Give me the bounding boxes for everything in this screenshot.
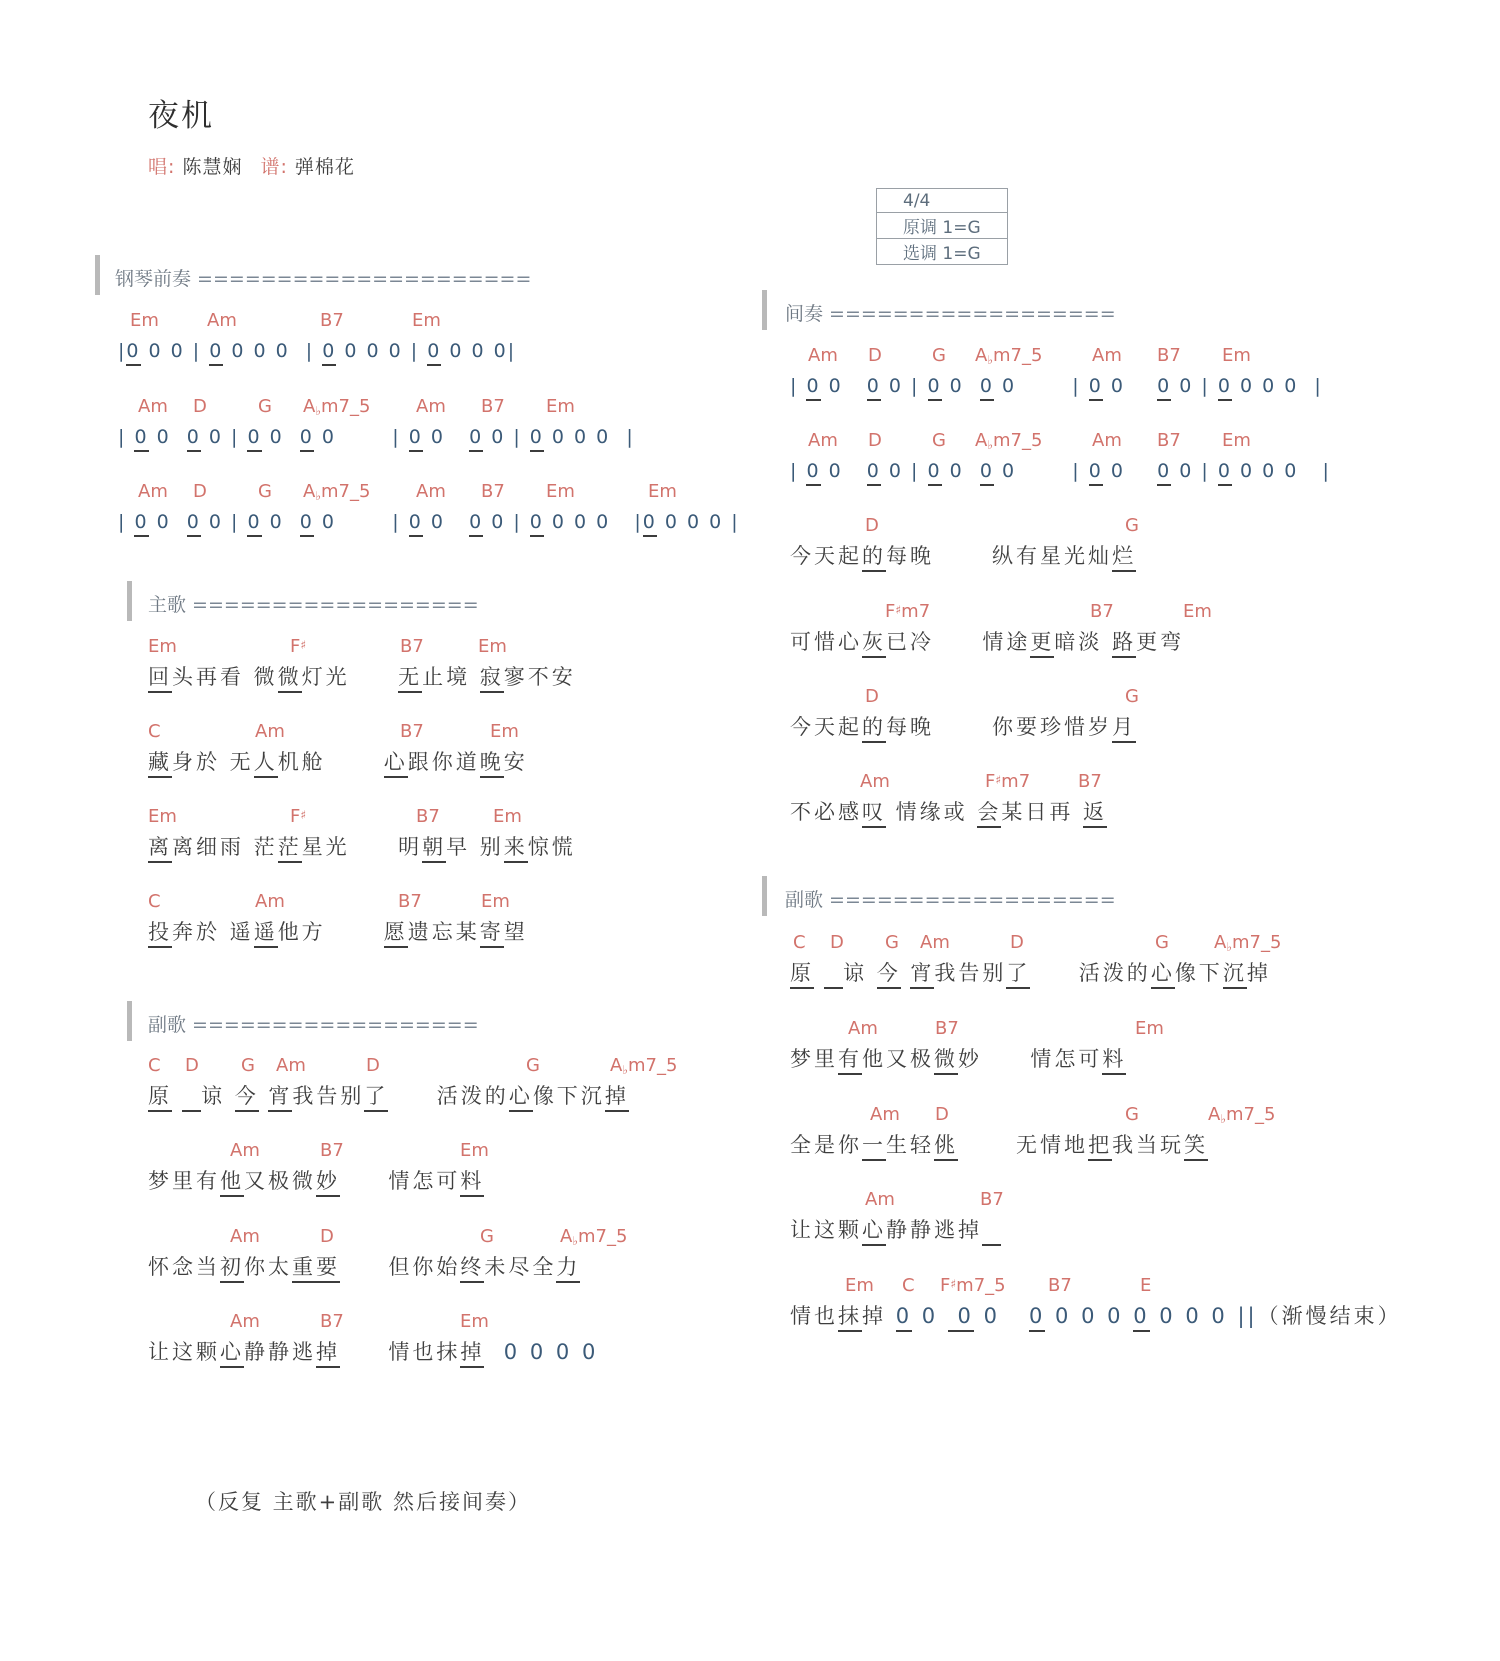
plain-text: 又极微 <box>244 1169 316 1193</box>
plain-text: 0 0 0 | <box>223 340 322 362</box>
rest-number: 0 <box>1159 1304 1175 1328</box>
lyric-line: 投奔於 遥遥他方 愿遗忘某寄望 <box>148 918 528 946</box>
chord-row: EmAmB7Em <box>118 310 516 337</box>
plain-text: 静静逃 <box>244 1340 316 1364</box>
underlined-syllable: 0 <box>1157 375 1171 401</box>
section-bar <box>762 876 767 916</box>
section-bar <box>127 1001 132 1041</box>
underlined-syllable: 了 <box>1006 961 1030 989</box>
chord-label: Am <box>920 932 950 953</box>
underlined-syllable: 终 <box>460 1255 484 1283</box>
plain-text: 他方 <box>278 920 384 944</box>
plain-text: 让这颗 <box>148 1340 220 1364</box>
lyric-line: 原 谅 今 宵我告别了 活泼的心像下沉掉 <box>148 1082 629 1110</box>
section-title: 副歌 <box>148 1014 186 1036</box>
plain-text <box>259 1084 269 1108</box>
chord-label: Em <box>845 1275 874 1296</box>
underlined-syllable: 叹 <box>862 800 886 828</box>
plain-text: 0 0 0 | <box>544 426 635 448</box>
chord-label: D <box>185 1055 199 1076</box>
music-line: AmB7Em梦里有他又极微妙 情怎可料 <box>148 1140 484 1195</box>
plain-text: 0 <box>942 460 980 482</box>
chord-label: D <box>193 481 207 502</box>
key-signature-table: 4/4 原调 1=G 选调 1=G <box>876 188 1008 265</box>
chord-row: CAmB7Em <box>148 891 528 918</box>
underlined-syllable: 寂 <box>480 665 504 693</box>
plain-text: 0 <box>423 426 469 448</box>
chord-label: Em <box>490 721 519 742</box>
plain-text: 0 <box>262 511 300 533</box>
chord-label: Em <box>148 636 177 657</box>
chord-label: Am <box>207 310 237 331</box>
plain-text: 0 0 | <box>141 340 210 362</box>
rest-number: 0 <box>1055 1304 1071 1328</box>
chord-label: Em <box>648 481 677 502</box>
underlined-syllable: 0 <box>300 511 314 537</box>
plain-text <box>172 1084 182 1108</box>
plain-text: 0 <box>1103 375 1157 397</box>
plain-text: 梦里 <box>790 1047 838 1071</box>
chord-label: Em <box>493 806 522 827</box>
section-divider: ===================== <box>191 268 531 290</box>
chord-label: Am <box>416 481 446 502</box>
chord-label: Am <box>138 396 168 417</box>
underlined-syllable: 他 <box>220 1169 244 1197</box>
lyric-line: 让这颗心静静逃掉 情也抹掉 0 0 0 0 <box>148 1338 598 1366</box>
flat-icon: ♭ <box>315 404 321 418</box>
chord-label: B7 <box>416 806 440 827</box>
chord-label: B7 <box>1157 430 1181 451</box>
chord-label: G <box>932 430 946 451</box>
notation-line: |0 0 0 | 0 0 0 0 | 0 0 0 0 | 0 0 0 0| <box>118 337 516 365</box>
music-line: AmB7Em梦里有他又极微妙 情怎可料 <box>790 1018 1126 1073</box>
plain-text: 活泼的 <box>388 1084 508 1108</box>
chord-label: Am <box>808 345 838 366</box>
rest-number: 0 <box>556 1340 572 1364</box>
notation-line: | 0 0 0 0 | 0 0 0 0 | 0 0 0 0 | 0 0 0 0 … <box>790 457 1331 485</box>
music-line: DG今天起的每晚 你要珍惜岁月 <box>790 686 1136 741</box>
chord-label: D <box>865 515 879 536</box>
lyric-line: 离离细雨 茫茫星光 明朝早 别来惊慌 <box>148 833 576 861</box>
plain-text: 我告别 <box>292 1084 364 1108</box>
underlined-syllable: 0 <box>1029 1304 1045 1332</box>
chord-label: F♯m7_5 <box>940 1275 1006 1296</box>
underlined-syllable: 0 <box>980 460 994 486</box>
underlined-syllable: 0 <box>187 426 201 452</box>
underlined-syllable: 无 <box>398 665 422 693</box>
chord-label: D <box>868 345 882 366</box>
flat-icon: ♭ <box>987 353 993 367</box>
underlined-syllable: 0 <box>1157 460 1171 486</box>
chord-row: AmDGA♭m7_5AmB7Em <box>118 396 635 423</box>
notation-line: | 0 0 0 0 | 0 0 0 0 | 0 0 0 0 | 0 0 0 0 … <box>790 372 1323 400</box>
plain-text: 掉 <box>1247 961 1271 985</box>
section-divider: ================== <box>186 1014 479 1036</box>
plain-text: 寥不安 <box>504 665 576 689</box>
chord-label: Em <box>460 1311 489 1332</box>
lyric-line: 怀念当初你太重要 但你始终未尽全力 <box>148 1253 580 1281</box>
underlined-syllable: 0 <box>134 511 148 537</box>
chord-row: AmDGA♭m7_5AmB7Em <box>790 345 1323 372</box>
song-title: 夜机 <box>148 90 214 135</box>
chord-label: A♭m7_5 <box>560 1226 627 1248</box>
underlined-syllable: 0 <box>867 375 881 401</box>
chord-label: Em <box>130 310 159 331</box>
underlined-syllable: 心 <box>509 1084 533 1112</box>
music-line: AmDGA♭m7_5全是你一生轻佻 无情地把我当玩笑 <box>790 1104 1208 1159</box>
plain-text: 惊慌 <box>528 835 576 859</box>
chord-row: AmB7Em <box>148 1140 484 1167</box>
flat-icon: ♭ <box>1226 940 1232 954</box>
underlined-syllable: 的 <box>862 715 886 743</box>
underlined-syllable: 0 <box>806 460 820 486</box>
chord-label: G <box>258 396 272 417</box>
plain-text: 今天起 <box>790 544 862 568</box>
underlined-syllable: 0 <box>896 1304 912 1332</box>
underlined-syllable: 0 <box>530 511 544 537</box>
music-line: AmDGA♭m7_5怀念当初你太重要 但你始终未尽全力 <box>148 1226 580 1281</box>
underlined-syllable: 掉 <box>316 1340 340 1368</box>
chord-label: B7 <box>935 1018 959 1039</box>
underlined-syllable: 掉 <box>605 1084 629 1112</box>
rest-number: 0 <box>504 1340 520 1364</box>
plain-text: 0 | <box>201 511 248 533</box>
chord-label: A♭m7_5 <box>303 396 370 418</box>
music-line: AmDGA♭m7_5AmB7Em| 0 0 0 0 | 0 0 0 0 | 0 … <box>790 345 1323 400</box>
plain-text: 离细雨 茫 <box>172 835 278 859</box>
plain-text: 0 | <box>483 426 530 448</box>
plain-text: 望 <box>504 920 528 944</box>
chord-label: Em <box>1222 430 1251 451</box>
lyric-line: 梦里有他又极微妙 情怎可料 <box>790 1045 1126 1073</box>
plain-text: 0 <box>821 460 867 482</box>
plain-text: 梦里有 <box>148 1169 220 1193</box>
music-line: EmF♯B7Em回头再看 微微灯光 无止境 寂寥不安 <box>148 636 576 691</box>
plain-text: 生轻 <box>886 1133 934 1157</box>
underlined-syllable: 路 <box>1112 630 1136 658</box>
chord-label: Am <box>230 1226 260 1247</box>
plain-text: 止境 <box>422 665 480 689</box>
chord-label: B7 <box>980 1189 1004 1210</box>
underlined-syllable: 0 <box>409 426 423 452</box>
chord-row: DG <box>790 686 1136 713</box>
chord-row: CDGAmDGA♭m7_5 <box>148 1055 629 1082</box>
chord-label: Em <box>412 310 441 331</box>
plain-text: 妙 情怎可 <box>958 1047 1102 1071</box>
chord-label: D <box>868 430 882 451</box>
lyric-line: 梦里有他又极微妙 情怎可料 <box>148 1167 484 1195</box>
plain-text: 情也 <box>790 1304 838 1328</box>
chord-label: Am <box>808 430 838 451</box>
chord-row: F♯m7B7Em <box>790 601 1184 628</box>
section-divider: ================== <box>186 594 479 616</box>
repeat-instruction-note: （反复 主歌+副歌 然后接间奏） <box>195 1486 531 1516</box>
underlined-syllable: 会 <box>977 800 1001 828</box>
underlined-syllable: 妙 <box>316 1169 340 1197</box>
plain-text: 星光 明 <box>302 835 422 859</box>
notation-line: | 0 0 0 0 | 0 0 0 0 | 0 0 0 0 | 0 0 0 0 … <box>118 423 635 451</box>
chord-row: AmF♯m7B7 <box>790 771 1107 798</box>
plain-text: 0 <box>942 375 980 397</box>
chord-label: B7 <box>1090 601 1114 622</box>
rest-number: || <box>1237 1304 1257 1328</box>
section-title: 间奏 <box>785 303 823 325</box>
underlined-syllable: 0 <box>247 426 261 452</box>
chord-label: G <box>1125 515 1139 536</box>
underlined-syllable: 0 <box>1218 460 1232 486</box>
plain-text: 头再看 微 <box>172 665 278 689</box>
chord-label: B7 <box>400 721 424 742</box>
plain-text: 无情地 <box>958 1133 1088 1157</box>
chord-row: AmDGA♭m7_5AmB7Em <box>790 430 1331 457</box>
chord-label: C <box>902 1275 915 1296</box>
lyric-line: 回头再看 微微灯光 无止境 寂寥不安 <box>148 663 576 691</box>
plain-text: 0 0 0 | <box>336 340 427 362</box>
music-line: CDGAmDGA♭m7_5原 谅 今 宵我告别了 活泼的心像下沉掉 <box>148 1055 629 1110</box>
plain-text: 怀念当 <box>148 1255 220 1279</box>
rest-number: 0 <box>984 1304 1000 1328</box>
underlined-syllable <box>182 1084 201 1112</box>
music-line: EmAmB7Em|0 0 0 | 0 0 0 0 | 0 0 0 0 | 0 0… <box>118 310 516 365</box>
rest-number: 0 <box>1185 1304 1201 1328</box>
plain-text: 不必感 <box>790 800 862 824</box>
underlined-syllable: 佻 <box>934 1133 958 1161</box>
plain-text: 让这颗 <box>790 1218 862 1242</box>
chord-label: B7 <box>1078 771 1102 792</box>
plain-text: 情怎可 <box>340 1169 460 1193</box>
underlined-syllable: 宵 <box>268 1084 292 1112</box>
section-title: 钢琴前奏 <box>115 268 191 290</box>
underlined-syllable: 0 <box>643 511 657 537</box>
chord-label: Em <box>546 481 575 502</box>
plain-text: 0 | <box>994 460 1089 482</box>
plain-text: | <box>118 511 134 533</box>
underlined-syllable: 0 <box>247 511 261 537</box>
selected-key: 选调 1=G <box>877 239 1008 265</box>
plain-text: 0 <box>423 511 469 533</box>
credits-line: 唱: 陈慧娴谱: 弹棉花 <box>148 152 355 179</box>
plain-text: 0 | <box>483 511 530 533</box>
chord-label: Am <box>865 1189 895 1210</box>
chord-label: D <box>1010 932 1024 953</box>
music-line: CDGAmDGA♭m7_5原 谅 今 宵我告别了 活泼的心像下沉掉 <box>790 932 1271 987</box>
chord-row: AmB7Em <box>790 1018 1126 1045</box>
plain-text: 安 <box>504 750 528 774</box>
underlined-syllable: 0 <box>1218 375 1232 401</box>
underlined-syllable: 料 <box>460 1169 484 1197</box>
section-header: 副歌 ================== <box>785 885 1116 912</box>
underlined-syllable: 朝 <box>422 835 446 863</box>
underlined-syllable: 了 <box>364 1084 388 1112</box>
underlined-syllable: 0 <box>427 340 441 366</box>
chord-label: D <box>935 1104 949 1125</box>
plain-text: 谅 <box>843 961 877 985</box>
chord-label: Em <box>1135 1018 1164 1039</box>
lyric-line: 藏身於 无人机舱 心跟你道晚安 <box>148 748 528 776</box>
underlined-syllable: 今 <box>877 961 901 989</box>
section-title: 副歌 <box>785 889 823 911</box>
chord-label: A♭m7_5 <box>610 1055 677 1077</box>
plain-text: 0 <box>974 1304 1029 1328</box>
music-line: AmF♯m7B7不必感叹 情缘或 会某日再 返 <box>790 771 1107 826</box>
underlined-syllable: 0 <box>806 375 820 401</box>
underlined-syllable: 离 <box>148 835 172 863</box>
underlined-syllable: 0 <box>1133 1304 1149 1332</box>
underlined-syllable: 原 <box>148 1084 172 1112</box>
underlined-syllable: 微 <box>934 1047 958 1075</box>
underlined-syllable: 0 <box>1089 460 1103 486</box>
section-header: 主歌 ================== <box>148 590 479 617</box>
chord-label: D <box>366 1055 380 1076</box>
chord-label: Em <box>481 891 510 912</box>
chord-label: Am <box>255 721 285 742</box>
underlined-syllable: 0 <box>928 375 942 401</box>
chord-label: D <box>865 686 879 707</box>
plain-text: 0 <box>262 426 300 448</box>
plain-text: 机舱 <box>278 750 384 774</box>
chord-label: B7 <box>320 1140 344 1161</box>
section-header: 间奏 ================== <box>785 299 1116 326</box>
chord-label: G <box>1125 686 1139 707</box>
flat-icon: ♭ <box>1220 1112 1226 1126</box>
chord-label: G <box>526 1055 540 1076</box>
underlined-syllable: 微 <box>278 665 302 693</box>
chord-row: EmF♯B7Em <box>148 636 576 663</box>
time-signature: 4/4 <box>877 189 1008 213</box>
plain-text: 你太 <box>244 1255 292 1279</box>
plain-text: 灯光 <box>302 665 398 689</box>
plain-text: 我当玩 <box>1112 1133 1184 1157</box>
plain-text: 身於 无 <box>172 750 254 774</box>
underlined-syllable <box>982 1218 1001 1246</box>
chord-label: A♭m7_5 <box>303 481 370 503</box>
underlined-syllable: 烂 <box>1112 544 1136 572</box>
chord-label: Em <box>1183 601 1212 622</box>
table-row: 原调 1=G <box>877 213 1008 239</box>
plain-text: 情缘或 <box>886 800 977 824</box>
chord-row: AmB7 <box>790 1189 1001 1216</box>
chord-label: Am <box>1092 345 1122 366</box>
underlined-syllable: 0 <box>867 460 881 486</box>
chord-label: Am <box>1092 430 1122 451</box>
section-divider: ================== <box>823 303 1116 325</box>
chord-row: AmB7Em <box>148 1311 598 1338</box>
lyric-line: 全是你一生轻佻 无情地把我当玩笑 <box>790 1131 1208 1159</box>
plain-text: 每晚 纵有星光灿 <box>886 544 1112 568</box>
underlined-syllable: 来 <box>504 835 528 863</box>
sharp-icon: ♯ <box>895 603 901 617</box>
chord-label: C <box>148 1055 161 1076</box>
lyric-line: 让这颗心静静逃掉 <box>790 1216 1001 1244</box>
chord-label: C <box>793 932 806 953</box>
underlined-syllable: 0 <box>1089 375 1103 401</box>
underlined-syllable: 回 <box>148 665 172 693</box>
underlined-syllable: 0 <box>469 426 483 452</box>
plain-text: 0 | <box>881 460 928 482</box>
underlined-syllable: 心 <box>1151 961 1175 989</box>
underlined-syllable: 宵 <box>910 961 934 989</box>
flat-icon: ♭ <box>315 489 321 503</box>
lyric-line: 情也抹掉 0 0 0 0 0 0 0 0 0 0 0 0 ||（渐慢结束） <box>790 1302 1402 1330</box>
chord-label: G <box>1155 932 1169 953</box>
plain-text: 0 0 0 | <box>1232 460 1331 482</box>
plain-text: 像下沉 <box>533 1084 605 1108</box>
chord-label: C <box>148 891 161 912</box>
underlined-syllable: 今 <box>235 1084 259 1112</box>
chord-row: EmF♯B7Em <box>148 806 576 833</box>
flat-icon: ♭ <box>572 1234 578 1248</box>
plain-text: 但你始 <box>340 1255 460 1279</box>
underlined-syllable: 0 <box>469 511 483 537</box>
chord-label: G <box>1125 1104 1139 1125</box>
notation-line: | 0 0 0 0 | 0 0 0 0 | 0 0 0 0 | 0 0 0 0 … <box>118 508 740 536</box>
chord-label: Am <box>870 1104 900 1125</box>
section-bar <box>762 290 767 330</box>
plain-text: 掉 <box>862 1304 896 1328</box>
underlined-syllable: 晚 <box>480 750 504 778</box>
section-header: 钢琴前奏 ===================== <box>115 264 531 291</box>
underlined-syllable: 愿 <box>384 920 408 948</box>
plain-text: 早 别 <box>446 835 504 859</box>
chord-label: G <box>480 1226 494 1247</box>
plain-text: 0 <box>149 426 187 448</box>
plain-text: 奔於 遥 <box>172 920 254 944</box>
chord-label: C <box>148 721 161 742</box>
plain-text: 0 0 0 <box>1045 1304 1133 1328</box>
plain-text: 像下 <box>1175 961 1223 985</box>
plain-text: 谅 <box>201 1084 235 1108</box>
plain-text: 情也抹 <box>340 1340 460 1364</box>
chord-row: AmDGA♭m7_5AmB7EmEm <box>118 481 740 508</box>
plain-text: 未尽全 <box>484 1255 556 1279</box>
chord-label: F♯m7 <box>985 771 1030 792</box>
underlined-syllable: 0 <box>126 340 140 366</box>
sharp-icon: ♯ <box>995 773 1001 787</box>
music-line: CAmB7Em藏身於 无人机舱 心跟你道晚安 <box>148 721 528 776</box>
underlined-syllable: 0 <box>209 340 223 366</box>
plain-text: 0 0 0 ||（渐慢结束） <box>1150 1304 1402 1328</box>
underlined-syllable: 藏 <box>148 750 172 778</box>
music-line: AmDGA♭m7_5AmB7EmEm| 0 0 0 0 | 0 0 0 0 | … <box>118 481 740 536</box>
chord-label: Am <box>255 891 285 912</box>
chord-label: D <box>320 1226 334 1247</box>
underlined-syllable: 0 <box>958 1304 974 1332</box>
chord-label: F♯ <box>290 636 306 657</box>
chord-row: CDGAmDGA♭m7_5 <box>790 932 1271 959</box>
plain-text: 0 | <box>881 375 928 397</box>
underlined-syllable: 原 <box>790 961 814 989</box>
plain-text: 0 0 0 | <box>657 511 740 533</box>
underlined-syllable: 有 <box>838 1047 862 1075</box>
underlined-syllable <box>948 1304 958 1332</box>
underlined-syllable: 一 <box>862 1133 886 1161</box>
table-row: 选调 1=G <box>877 239 1008 265</box>
chord-label: A♭m7_5 <box>975 345 1042 367</box>
underlined-syllable: 重要 <box>292 1255 340 1283</box>
underlined-syllable: 初 <box>220 1255 244 1283</box>
chord-label: Em <box>1222 345 1251 366</box>
underlined-syllable: 茫 <box>278 835 302 863</box>
plain-text: 我告别 <box>934 961 1006 985</box>
chord-label: B7 <box>320 310 344 331</box>
rest-number: 0 <box>922 1304 938 1328</box>
chord-row: AmDGA♭m7_5 <box>790 1104 1208 1131</box>
underlined-syllable: 0 <box>322 340 336 366</box>
plain-text: 暗淡 <box>1054 630 1112 654</box>
lyric-line: 今天起的每晚 纵有星光灿烂 <box>790 542 1136 570</box>
plain-text: | <box>790 460 806 482</box>
music-line: AmDGA♭m7_5AmB7Em| 0 0 0 0 | 0 0 0 0 | 0 … <box>790 430 1331 485</box>
